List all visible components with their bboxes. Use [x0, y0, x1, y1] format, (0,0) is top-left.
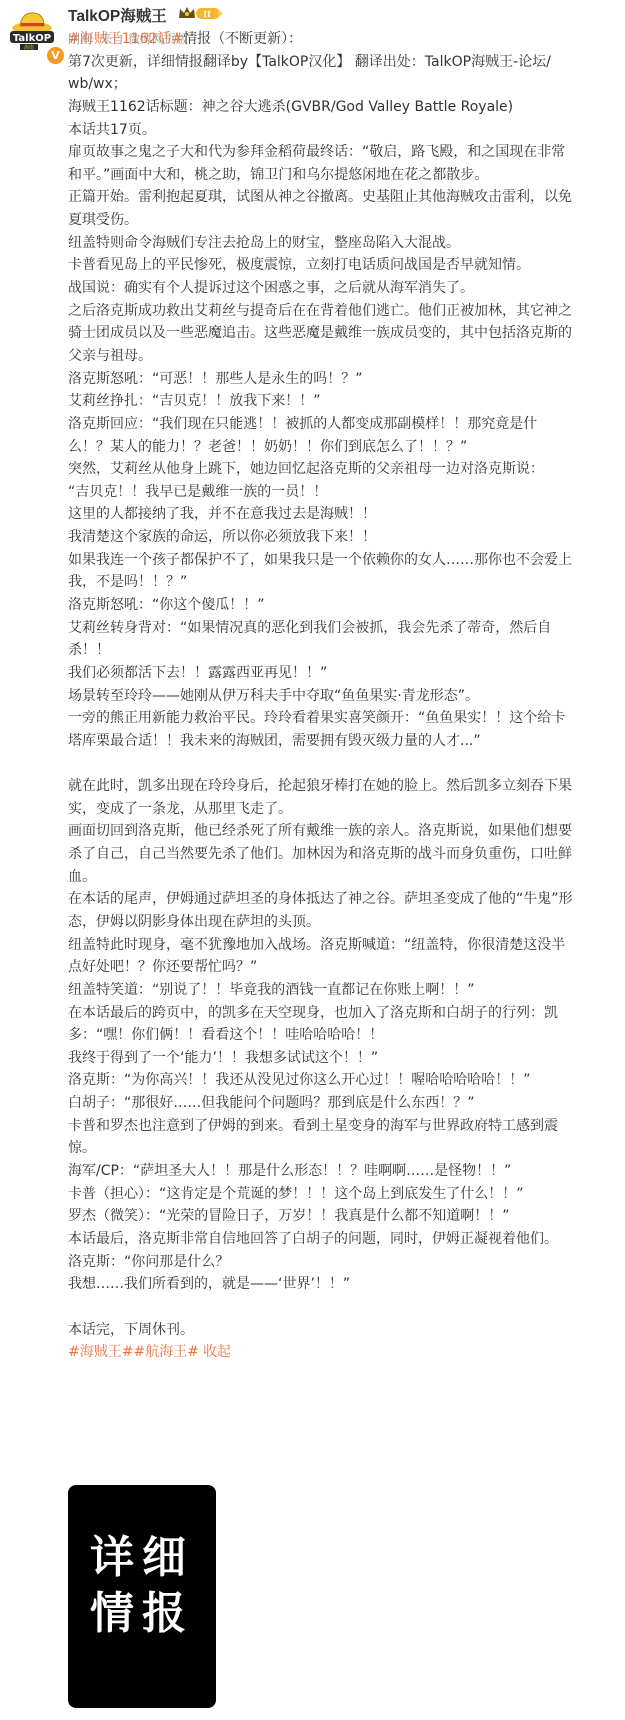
post-text-line: 在本话的尾声，伊姆通过萨坦圣的身体抵达了神之谷。萨坦圣变成了他的“牛鬼”形: [68, 888, 616, 911]
post-text-line: 么！？某人的能力！？老爸！！奶奶！！你们到底怎么了！！？”: [68, 436, 616, 459]
post-text: 场景转至玲玲——她刚从伊万科夫手中夺取“鱼鱼果实·青龙形态”。: [68, 688, 479, 704]
post-text-line: 本话最后，洛克斯非常自信地回答了白胡子的问题，同时，伊姆正凝视着他们。: [68, 1228, 616, 1251]
post-text: 白胡子：“那很好……但我能问个问题吗？那到底是什么东西！？”: [68, 1095, 475, 1111]
post-text: 洛克斯怒吼：“你这个傻瓜！！”: [68, 597, 265, 613]
post-text-line: 我终于得到了一个‘能力’！！我想多试试这个！！”: [68, 1047, 616, 1070]
footer-tags-line: #海贼王##航海王#收起: [68, 1341, 616, 1364]
post-text-line: 之后洛克斯成功救出艾莉丝与提奇后在在背着他们逃亡。他们正被加林，其它神之: [68, 300, 616, 323]
post-text-line: 场景转至玲玲——她刚从伊万科夫手中夺取“鱼鱼果实·青龙形态”。: [68, 685, 616, 708]
post-text: 画面切回到洛克斯，他已经杀死了所有戴维一族的亲人。洛克斯说，如果他们想要: [68, 823, 572, 839]
post-text-line: 洛克斯：“为你高兴！！我还从没见过你这么开心过！！喔哈哈哈哈哈！！”: [68, 1069, 616, 1092]
post-text-line: 白胡子：“那很好……但我能问个问题吗？那到底是什么东西！？”: [68, 1092, 616, 1115]
post-text-line: 画面切回到洛克斯，他已经杀死了所有戴维一族的亲人。洛克斯说，如果他们想要: [68, 820, 616, 843]
vip-crown-icon[interactable]: II: [178, 5, 224, 25]
post-image[interactable]: 详细 情报: [68, 1485, 216, 1708]
post-text-line: 艾莉丝挣扎：“吉贝克！！放我下来！！”: [68, 390, 616, 413]
post-text-line: 洛克斯：“你问那是什么？: [68, 1251, 616, 1274]
post-text: 一旁的熊正用新能力救治平民。玲玲看着果实喜笑颜开：“鱼鱼果实！！这个给卡: [68, 710, 565, 726]
post-text-line: 本话完，下周休刊。: [68, 1319, 616, 1342]
post-text: 卡普看见岛上的平民惨死，极度震惊，立刻打电话质问战国是否早就知情。: [68, 257, 530, 273]
post-text: 这里的人都接纳了我，并不在意我过去是海贼！！: [68, 506, 376, 522]
post-text-line: 突然，艾莉丝从他身上跳下，她边回忆起洛克斯的父亲祖母一边对洛克斯说：: [68, 458, 616, 481]
post-text: 卡普（担心）：“这肯定是个荒诞的梦！！！这个岛上到底发生了什么！！”: [68, 1186, 524, 1202]
post-text-line: 正篇开始。雷利抱起夏琪，试图从神之谷撤离。史基阻止其他海贼攻击雷利，以免: [68, 186, 616, 209]
vip-level: II: [203, 9, 211, 19]
post-text: 在本话最后的跨页中，的凯多在天空现身，也加入了洛克斯和白胡子的行列：凯: [68, 1005, 558, 1021]
post-text-line: 洛克斯怒吼：“你这个傻瓜！！”: [68, 594, 616, 617]
post-text: 洛克斯：“为你高兴！！我还从没见过你这么开心过！！喔哈哈哈哈哈！！”: [68, 1072, 531, 1088]
post-text-line: 卡普（担心）：“这肯定是个荒诞的梦！！！这个岛上到底发生了什么！！”: [68, 1183, 616, 1206]
post-text-line: 洛克斯回应：“我们现在只能逃！！被抓的人都变成那副模样！！那究竟是什: [68, 413, 616, 436]
post-text-line: 我们必须都活下去！！露露西亚再见！！”: [68, 662, 616, 685]
post-text-line: 海军/CP：“萨坦圣大人！！那是什么形态！！？哇啊啊……是怪物！！”: [68, 1160, 616, 1183]
post-text: 如果我连一个孩子都保护不了，如果我只是一个依赖你的女人……那你也不会爱上: [68, 552, 572, 568]
post-text-line: 洛克斯怒吼：“可恶！！那些人是永生的吗！？”: [68, 368, 616, 391]
author-avatar[interactable]: TalkOP 海盗 V: [6, 6, 58, 58]
post-text-line: 夏琪受伤。: [68, 209, 616, 232]
post-text-line: 惊。: [68, 1137, 616, 1160]
post-text: 纽盖特此时现身，毫不犹豫地加入战场。洛克斯喊道：“纽盖特，你很清楚这没半: [68, 937, 565, 953]
post-text: 本话最后，洛克斯非常自信地回答了白胡子的问题，同时，伊姆正凝视着他们。: [68, 1231, 558, 1247]
post-text: 我终于得到了一个‘能力’！！我想多试试这个！！”: [68, 1050, 378, 1066]
post-text-line: #海贼王1162话#情报（不断更新）：: [68, 28, 616, 51]
author-name[interactable]: TalkOP海贼王: [68, 4, 167, 26]
post-text: 之后洛克斯成功救出艾莉丝与提奇后在在背着他们逃亡。他们正被加林，其它神之: [68, 303, 572, 319]
post-text: 本话共17页。: [68, 122, 156, 138]
post-text: 突然，艾莉丝从他身上跳下，她边回忆起洛克斯的父亲祖母一边对洛克斯说：: [68, 461, 544, 477]
post-text-line: 杀了自己，自己当然要先杀了他们。加林因为和洛克斯的战斗而身负重伤，口吐鲜: [68, 843, 616, 866]
post-text-line: 本话共17页。: [68, 119, 616, 142]
post-text-line: 我想……我们所看到的，就是——‘世界’！！”: [68, 1273, 616, 1296]
post-text-line: [68, 753, 616, 776]
post-text-line: 塔库栗最合适！！我未来的海贼团，需要拥有毁灭级力量的人才...”: [68, 730, 616, 753]
post-text: “吉贝克！！我早已是戴维一族的一员！！: [68, 484, 327, 500]
hashtag-link[interactable]: #海贼王1162话#: [68, 31, 183, 47]
svg-text:海盗: 海盗: [24, 44, 34, 51]
post-text: 洛克斯回应：“我们现在只能逃！！被抓的人都变成那副模样！！那究竟是什: [68, 416, 537, 432]
post-text: 本话完，下周休刊。: [68, 1322, 194, 1338]
svg-text:TalkOP: TalkOP: [13, 33, 51, 44]
post-text: 骑士团成员以及一些恶魔追击。这些恶魔是戴维一族成员变的，其中包括洛克斯的: [68, 325, 572, 341]
post-text-line: 纽盖特笑道：“别说了！！毕竟我的酒钱一直都记在你账上啊！！”: [68, 979, 616, 1002]
post-text: 就在此时，凯多出现在玲玲身后，抡起狼牙棒打在她的脸上。然后凯多立刻吞下果: [68, 778, 572, 794]
post-text-line: 扉页故事之鬼之子大和代为参拜金稻荷最终话：“敬启，路飞殿，和之国现在非常: [68, 141, 616, 164]
post-text-line: 杀！！: [68, 639, 616, 662]
post-text: 艾莉丝转身背对：“如果情况真的恶化到我们会被抓，我会先杀了蒂奇，然后自: [68, 620, 551, 636]
post-text-line: 多：“嘿！你们俩！！看看这个！！哇哈哈哈哈！！: [68, 1024, 616, 1047]
post-text-line: 艾莉丝转身背对：“如果情况真的恶化到我们会被抓，我会先杀了蒂奇，然后自: [68, 617, 616, 640]
post-text: 惊。: [68, 1140, 96, 1156]
post-text-line: 我，不是吗！！？”: [68, 571, 616, 594]
post-text-line: 血。: [68, 866, 616, 889]
post-text: 我清楚这个家族的命运，所以你必须放我下来！！: [68, 529, 376, 545]
post-text-line: 态，伊姆以阴影身体出现在萨坦的头顶。: [68, 911, 616, 934]
post-text-line: 卡普和罗杰也注意到了伊姆的到来。看到土星变身的海军与世界政府特工感到震: [68, 1115, 616, 1138]
post-image-text: 详细 情报: [90, 1530, 200, 1642]
post-text: 杀！！: [68, 642, 110, 658]
post-text: wb/wx；: [68, 76, 127, 92]
post-text-line: 一旁的熊正用新能力救治平民。玲玲看着果实喜笑颜开：“鱼鱼果实！！这个给卡: [68, 707, 616, 730]
post-text: 海军/CP：“萨坦圣大人！！那是什么形态！！？哇啊啊……是怪物！！”: [68, 1163, 511, 1179]
post-text: 卡普和罗杰也注意到了伊姆的到来。看到土星变身的海军与世界政府特工感到震: [68, 1118, 558, 1134]
post-text: 第7次更新，详细情报翻译by【TalkOP汉化】 翻译出处：TalkOP海贼王-…: [68, 54, 551, 70]
post-text-line: 在本话最后的跨页中，的凯多在天空现身，也加入了洛克斯和白胡子的行列：凯: [68, 1002, 616, 1025]
post-text: 洛克斯：“你问那是什么？: [68, 1254, 229, 1270]
post-text-line: 纽盖特此时现身，毫不犹豫地加入战场。洛克斯喊道：“纽盖特，你很清楚这没半: [68, 934, 616, 957]
post-text: 洛克斯怒吼：“可恶！！那些人是永生的吗！？”: [68, 371, 363, 387]
post-text: 纽盖特则命令海贼们专注去抢岛上的财宝，整座岛陷入大混战。: [68, 235, 460, 251]
post-text: 么！？某人的能力！？老爸！！奶奶！！你们到底怎么了！！？”: [68, 439, 467, 455]
post-text-line: 卡普看见岛上的平民惨死，极度震惊，立刻打电话质问战国是否早就知情。: [68, 254, 616, 277]
post-text-line: “吉贝克！！我早已是戴维一族的一员！！: [68, 481, 616, 504]
post-text: 海贼王1162话标题：神之谷大逃杀(GVBR/God Valley Battle…: [68, 99, 513, 115]
post-text-line: 纽盖特则命令海贼们专注去抢岛上的财宝，整座岛陷入大混战。: [68, 232, 616, 255]
verified-badge: V: [46, 46, 65, 65]
post-text: 战国说：确实有个人提诉过这个困惑之事，之后就从海军消失了。: [68, 280, 474, 296]
hashtag-link[interactable]: #海贼王#: [68, 1344, 133, 1360]
hashtag-link[interactable]: #航海王#: [133, 1344, 198, 1360]
post-text-line: 如果我连一个孩子都保护不了，如果我只是一个依赖你的女人……那你也不会爱上: [68, 549, 616, 572]
post-text: 态，伊姆以阴影身体出现在萨坦的头顶。: [68, 914, 320, 930]
post-text: 和平。”画面中大和，桃之助，锦卫门和乌尔提悠闲地在花之都散步。: [68, 167, 488, 183]
collapse-button[interactable]: 收起: [203, 1344, 231, 1360]
post-text: 实，变成了一条龙，从那里飞走了。: [68, 801, 292, 817]
post-text: 夏琪受伤。: [68, 212, 138, 228]
post-text: 塔库栗最合适！！我未来的海贼团，需要拥有毁灭级力量的人才...”: [68, 733, 481, 749]
post-text-line: wb/wx；: [68, 73, 616, 96]
post-text: 我想……我们所看到的，就是——‘世界’！！”: [68, 1276, 350, 1292]
post-text: 扉页故事之鬼之子大和代为参拜金稻荷最终话：“敬启，路飞殿，和之国现在非常: [68, 144, 565, 160]
post-text: 点好处吧！？你还要帮忙吗？”: [68, 959, 257, 975]
post-text: 罗杰（微笑）：“光荣的冒险日子，万岁！！我真是什么都不知道啊！！”: [68, 1208, 510, 1224]
post-text: 杀了自己，自己当然要先杀了他们。加林因为和洛克斯的战斗而身负重伤，口吐鲜: [68, 846, 572, 862]
post-text-line: 我清楚这个家族的命运，所以你必须放我下来！！: [68, 526, 616, 549]
post-text: 艾莉丝挣扎：“吉贝克！！放我下来！！”: [68, 393, 321, 409]
post-text: 父亲与祖母。: [68, 348, 152, 364]
post-text: 我们必须都活下去！！露露西亚再见！！”: [68, 665, 327, 681]
post-text-line: 罗杰（微笑）：“光荣的冒险日子，万岁！！我真是什么都不知道啊！！”: [68, 1205, 616, 1228]
post-text-line: 海贼王1162话标题：神之谷大逃杀(GVBR/God Valley Battle…: [68, 96, 616, 119]
post-text-line: 就在此时，凯多出现在玲玲身后，抡起狼牙棒打在她的脸上。然后凯多立刻吞下果: [68, 775, 616, 798]
post-text-line: 点好处吧！？你还要帮忙吗？”: [68, 956, 616, 979]
post-text-line: [68, 1296, 616, 1319]
post-text-line: 实，变成了一条龙，从那里飞走了。: [68, 798, 616, 821]
post-text-line: 战国说：确实有个人提诉过这个困惑之事，之后就从海军消失了。: [68, 277, 616, 300]
post-text-line: 和平。”画面中大和，桃之助，锦卫门和乌尔提悠闲地在花之都散步。: [68, 164, 616, 187]
post-text: 多：“嘿！你们俩！！看看这个！！哇哈哈哈哈！！: [68, 1027, 383, 1043]
post-text-line: 父亲与祖母。: [68, 345, 616, 368]
post-text-line: 这里的人都接纳了我，并不在意我过去是海贼！！: [68, 503, 616, 526]
post-text-line: 第7次更新，详细情报翻译by【TalkOP汉化】 翻译出处：TalkOP海贼王-…: [68, 51, 616, 74]
post-text: 情报（不断更新）：: [183, 31, 302, 47]
post-text: 纽盖特笑道：“别说了！！毕竟我的酒钱一直都记在你账上啊！！”: [68, 982, 475, 998]
post-text: 我，不是吗！！？”: [68, 574, 187, 590]
post-body: #海贼王1162话#情报（不断更新）：第7次更新，详细情报翻译by【TalkOP…: [68, 28, 616, 1364]
post-text-line: 骑士团成员以及一些恶魔追击。这些恶魔是戴维一族成员变的，其中包括洛克斯的: [68, 322, 616, 345]
post-text: 在本话的尾声，伊姆通过萨坦圣的身体抵达了神之谷。萨坦圣变成了他的“牛鬼”形: [68, 891, 573, 907]
post-text: 正篇开始。雷利抱起夏琪，试图从神之谷撤离。史基阻止其他海贼攻击雷利，以免: [68, 189, 572, 205]
post-text: 血。: [68, 869, 96, 885]
